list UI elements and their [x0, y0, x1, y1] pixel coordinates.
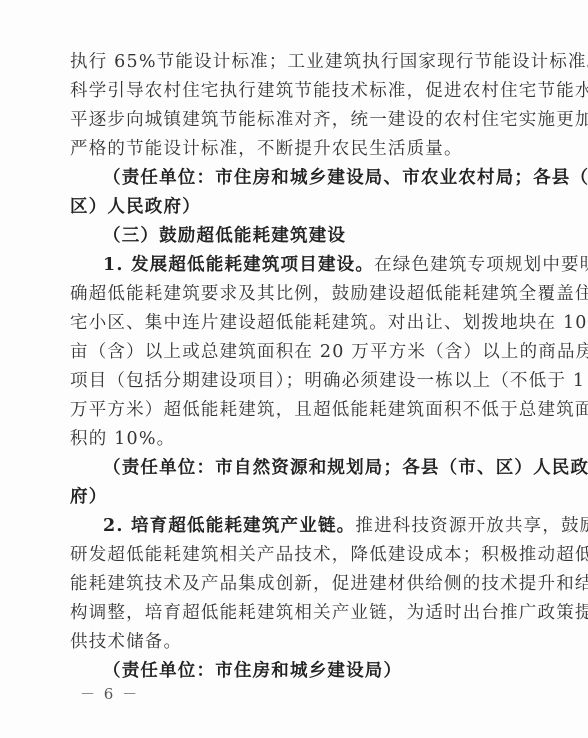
- text-line: 严格的节能设计标准，不断提升农民生活质量。: [70, 135, 518, 164]
- page-number: － 6 －: [80, 683, 139, 704]
- text-line: 宅小区、集中连片建设超低能耗建筑。对出让、划拨地块在 100: [70, 309, 518, 338]
- text-line: 执行 65%节能设计标准；工业建筑执行国家现行节能设计标准。: [70, 48, 518, 77]
- paragraph-text: 在绿色建筑专项规划中要明: [374, 255, 588, 275]
- document-body: 执行 65%节能设计标准；工业建筑执行国家现行节能设计标准。 科学引导农村住宅执…: [70, 48, 518, 686]
- paragraph-text: 推进科技资源开放共享，鼓励: [355, 516, 588, 536]
- responsible-unit-line: 府）: [70, 483, 518, 512]
- paragraph-first-line: 2. 培育超低能耗建筑产业链。推进科技资源开放共享，鼓励: [70, 512, 518, 541]
- text-line: 亩（含）以上或总建筑面积在 20 万平方米（含）以上的商品房: [70, 338, 518, 367]
- text-line: 积的 10%。: [70, 425, 518, 454]
- paragraph-first-line: 1. 发展超低能耗建筑项目建设。在绿色建筑专项规划中要明: [70, 251, 518, 280]
- responsible-unit-line: 区）人民政府）: [70, 193, 518, 222]
- item-heading: 1. 发展超低能耗建筑项目建设。: [103, 255, 374, 275]
- text-line: 项目（包括分期建设项目）；明确必须建设一栋以上（不低于 1: [70, 367, 518, 396]
- item-heading: 2. 培育超低能耗建筑产业链。: [103, 516, 355, 536]
- text-line: 平逐步向城镇建筑节能标准对齐，统一建设的农村住宅实施更加: [70, 106, 518, 135]
- text-line: 确超低能耗建筑要求及其比例，鼓励建设超低能耗建筑全覆盖住: [70, 280, 518, 309]
- text-line: 研发超低能耗建筑相关产品技术，降低建设成本；积极推动超低: [70, 541, 518, 570]
- section-heading: （三）鼓励超低能耗建筑建设: [70, 222, 518, 251]
- responsible-unit-line: （责任单位：市住房和城乡建设局、市农业农村局；各县（市、: [70, 164, 518, 193]
- text-line: 能耗建筑技术及产品集成创新，促进建材供给侧的技术提升和结: [70, 570, 518, 599]
- text-line: 构调整，培育超低能耗建筑相关产业链，为适时出台推广政策提: [70, 599, 518, 628]
- text-line: 万平方米）超低能耗建筑，且超低能耗建筑面积不低于总建筑面: [70, 396, 518, 425]
- text-line: 科学引导农村住宅执行建筑节能技术标准，促进农村住宅节能水: [70, 77, 518, 106]
- text-line: 供技术储备。: [70, 628, 518, 657]
- document-page: 执行 65%节能设计标准；工业建筑执行国家现行节能设计标准。 科学引导农村住宅执…: [0, 0, 588, 738]
- responsible-unit-line: （责任单位：市自然资源和规划局；各县（市、区）人民政: [70, 454, 518, 483]
- responsible-unit-line: （责任单位：市住房和城乡建设局）: [70, 657, 518, 686]
